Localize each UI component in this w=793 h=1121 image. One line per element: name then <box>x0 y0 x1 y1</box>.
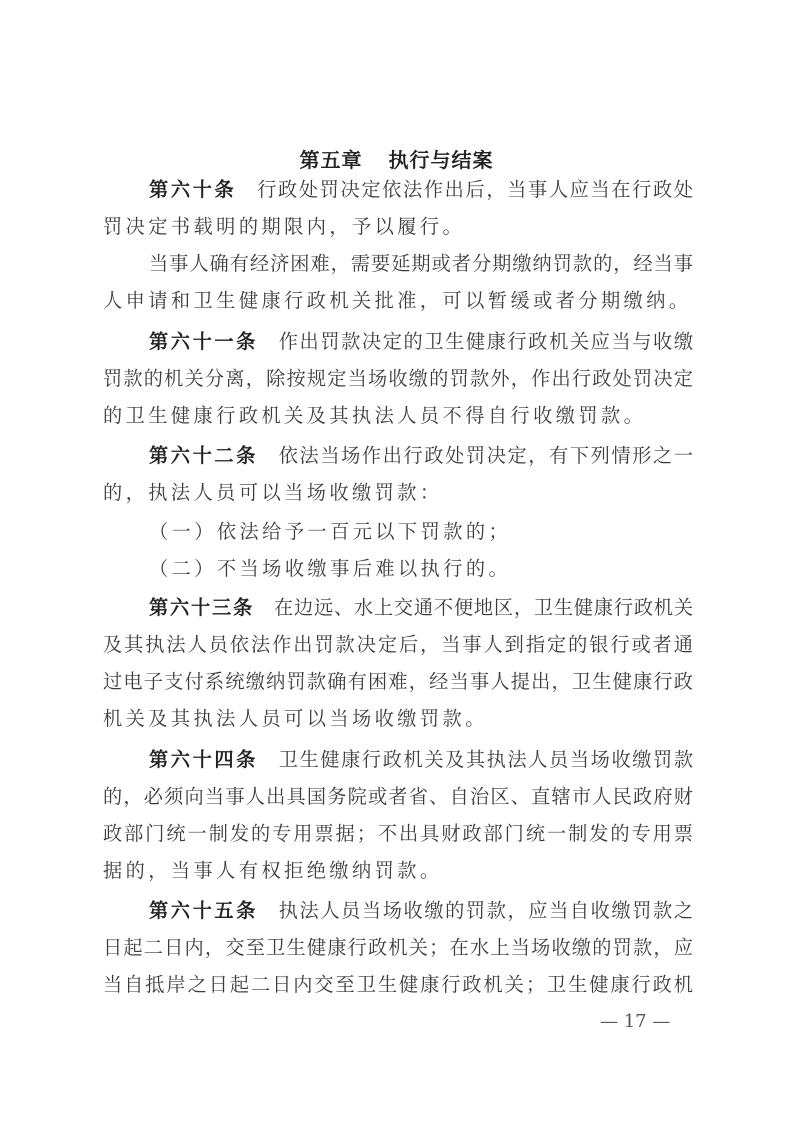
article-64-line-2: 的，必须向当事人出具国务院或者省、自治区、直辖市人民政府财 <box>103 785 693 809</box>
article-60-para2-line-1: 当事人确有经济困难，需要延期或者分期缴纳罚款的，经当事 <box>103 252 693 276</box>
article-65-line-1: 第六十五条 执法人员当场收缴的罚款，应当自收缴罚款之 <box>103 899 693 923</box>
article-61-line-1: 第六十一条 作出罚款决定的卫生健康行政机关应当与收缴 <box>103 330 693 354</box>
article-60-line-2: 罚决定书载明的期限内，予以履行。 <box>103 215 693 239</box>
article-60-para2-line-2: 人申请和卫生健康行政机关批准，可以暂缓或者分期缴纳。 <box>103 289 693 313</box>
article-61-line-2: 罚款的机关分离，除按规定当场收缴的罚款外，作出行政处罚决定 <box>103 367 693 391</box>
article-64-line-1: 第六十四条 卫生健康行政机关及其执法人员当场收缴罚款 <box>103 748 693 772</box>
article-63-line-1: 第六十三条 在边远、水上交通不便地区，卫生健康行政机关 <box>103 596 693 620</box>
article-heading: 第六十二条 <box>149 444 258 467</box>
chapter-title: 第五章执行与结案 <box>0 144 793 173</box>
article-heading: 第六十条 <box>149 178 236 201</box>
article-65-line-3: 当自抵岸之日起二日内交至卫生健康行政机关；卫生健康行政机 <box>103 973 693 997</box>
article-62-item-1: （一）依法给予一百元以下罚款的； <box>103 520 693 544</box>
article-63-line-2: 及其执法人员依法作出罚款决定后，当事人到指定的银行或者通 <box>103 633 693 657</box>
document-page: 第五章执行与结案 第六十条 行政处罚决定依法作出后，当事人应当在行政处 罚决定书… <box>0 0 793 1121</box>
article-64-line-3: 政部门统一制发的专用票据；不出具财政部门统一制发的专用票 <box>103 822 693 846</box>
article-60-line-1: 第六十条 行政处罚决定依法作出后，当事人应当在行政处 <box>103 178 693 202</box>
article-65-line-2: 日起二日内，交至卫生健康行政机关；在水上当场收缴的罚款，应 <box>103 936 693 960</box>
chapter-name: 执行与结案 <box>389 148 494 172</box>
page-number: — 17 — <box>600 1011 670 1032</box>
article-heading: 第六十五条 <box>149 899 258 922</box>
article-63-line-4: 机关及其执法人员可以当场收缴罚款。 <box>103 707 693 731</box>
article-62-line-1: 第六十二条 依法当场作出行政处罚决定，有下列情形之一 <box>103 444 693 468</box>
article-63-line-3: 过电子支付系统缴纳罚款确有困难，经当事人提出，卫生健康行政 <box>103 670 693 694</box>
article-61-line-3: 的卫生健康行政机关及其执法人员不得自行收缴罚款。 <box>103 404 693 428</box>
article-62-line-2: 的，执法人员可以当场收缴罚款： <box>103 481 693 505</box>
article-62-item-2: （二）不当场收缴事后难以执行的。 <box>103 557 693 581</box>
article-heading: 第六十四条 <box>149 748 258 771</box>
chapter-number: 第五章 <box>300 148 363 172</box>
article-heading: 第六十一条 <box>149 330 258 353</box>
article-64-line-4: 据的，当事人有权拒绝缴纳罚款。 <box>103 859 693 883</box>
article-heading: 第六十三条 <box>149 596 254 619</box>
